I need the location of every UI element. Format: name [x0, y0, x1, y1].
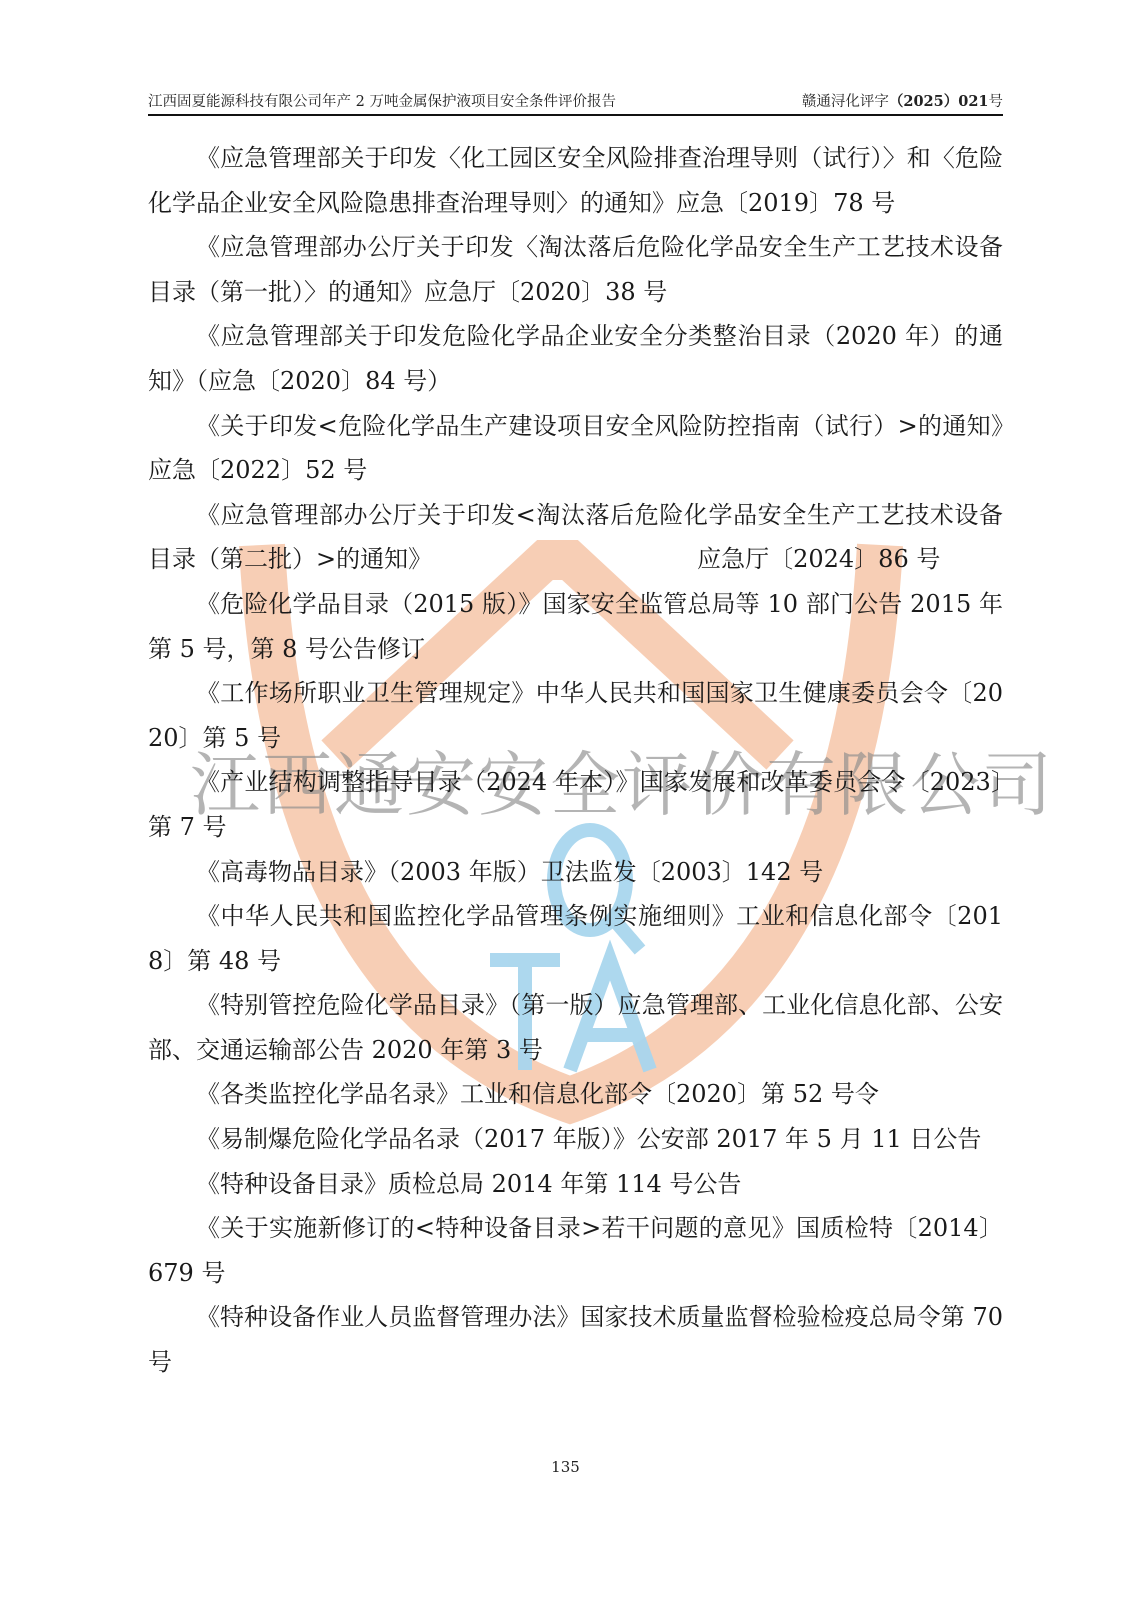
report-number-suffix: 号	[989, 94, 1004, 110]
reference-item: 《关于印发<危险化学品生产建设项目安全风险防控指南（试行）>的通知》应急〔202…	[148, 404, 1003, 493]
reference-list: 《应急管理部关于印发〈化工园区安全风险排查治理导则（试行）〉和〈危险化学品企业安…	[148, 136, 1003, 1385]
report-number-year: （2025）021	[889, 93, 989, 110]
reference-item-number: 应急厅〔2024〕86 号	[697, 545, 940, 573]
reference-item: 《特种设备作业人员监督管理办法》国家技术质量监督检验检疫总局令第 70 号	[148, 1295, 1003, 1384]
reference-item: 《工作场所职业卫生管理规定》中华人民共和国国家卫生健康委员会令〔2020〕第 5…	[148, 671, 1003, 760]
report-number-prefix: 赣通浔化评字	[802, 94, 889, 110]
reference-item: 《产业结构调整指导目录（2024 年本）》国家发展和改革委员会令〔2023〕第 …	[148, 760, 1003, 849]
reference-item: 《应急管理部关于印发〈化工园区安全风险排查治理导则（试行）〉和〈危险化学品企业安…	[148, 136, 1003, 225]
reference-item: 《中华人民共和国监控化学品管理条例实施细则》工业和信息化部令〔2018〕第 48…	[148, 894, 1003, 983]
reference-item: 《特别管控危险化学品目录》（第一版）应急管理部、工业化信息化部、公安部、交通运输…	[148, 983, 1003, 1072]
reference-item: 《各类监控化学品名录》工业和信息化部令〔2020〕第 52 号令	[148, 1072, 1003, 1117]
reference-item: 《易制爆危险化学品名录（2017 年版）》公安部 2017 年 5 月 11 日…	[148, 1117, 1003, 1162]
reference-item: 《应急管理部关于印发危险化学品企业安全分类整治目录（2020 年）的通知》（应急…	[148, 314, 1003, 403]
report-number: 赣通浔化评字（2025）021号	[802, 92, 1003, 112]
reference-item: 《应急管理部办公厅关于印发<淘汰落后危险化学品安全生产工艺技术设备目录（第二批）…	[148, 493, 1003, 582]
reference-item: 《关于实施新修订的<特种设备目录>若干问题的意见》国质检特〔2014〕679 号	[148, 1206, 1003, 1295]
reference-item: 《特种设备目录》质检总局 2014 年第 114 号公告	[148, 1162, 1003, 1207]
reference-item: 《危险化学品目录（2015 版）》国家安全监管总局等 10 部门公告 2015 …	[148, 582, 1003, 671]
reference-item: 《应急管理部办公厅关于印发〈淘汰落后危险化学品安全生产工艺技术设备目录（第一批）…	[148, 225, 1003, 314]
page-number: 135	[0, 1458, 1131, 1476]
report-title: 江西固夏能源科技有限公司年产 2 万吨金属保护液项目安全条件评价报告	[148, 92, 616, 112]
page-header: 江西固夏能源科技有限公司年产 2 万吨金属保护液项目安全条件评价报告 赣通浔化评…	[148, 92, 1003, 116]
reference-item: 《高毒物品目录》（2003 年版）卫法监发〔2003〕142 号	[148, 850, 1003, 895]
